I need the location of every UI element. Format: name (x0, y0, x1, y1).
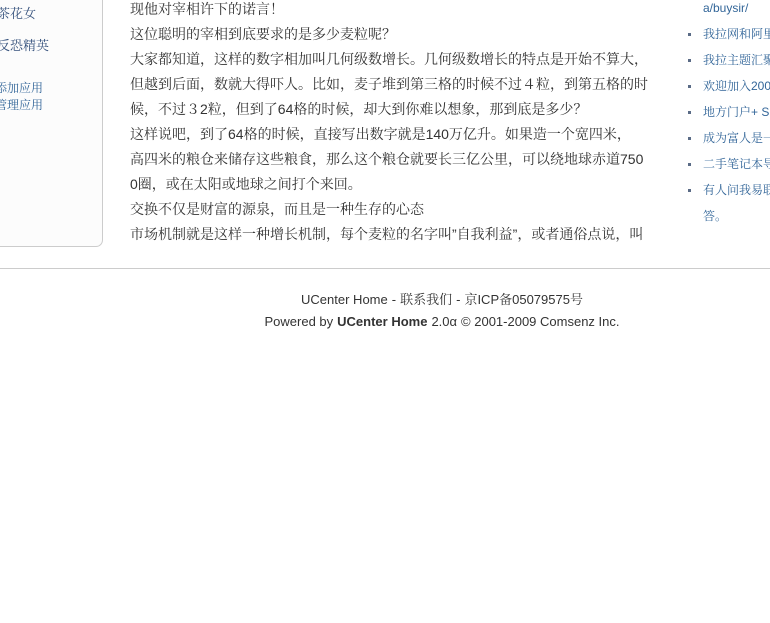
list-item: 成为富人是一 (687, 125, 770, 151)
sidebar-app-link-fankongjingying[interactable]: 反恐精英 (0, 35, 49, 54)
article-line: 现他对宰相许下的诺言！ (130, 0, 670, 22)
right-link[interactable]: 我拉主题汇聚 (703, 53, 770, 67)
footer-divider (0, 268, 770, 269)
list-item: 答。 (687, 203, 770, 229)
footer: UCenter Home-联系我们-京ICP备05079575号 Powered… (112, 291, 770, 330)
article-line: 大家都知道，这样的数字相加叫几何级数增长。几何级数增长的特点是开始不算大， (130, 47, 670, 72)
copyright-text: © 2001-2009 Comsenz Inc. (461, 314, 619, 329)
powered-by-text: Powered by (265, 314, 334, 329)
ucenter-home-brand: UCenter Home (337, 314, 427, 329)
article-line: 市场机制就是这样一种增长机制，每个麦粒的名字叫”自我利益”，或者通俗点说，叫 (130, 222, 670, 242)
footer-icp-number: 京ICP备05079575号 (464, 292, 583, 307)
article-line: 交换不仅是财富的源泉，而且是一种生存的心态 (130, 197, 670, 222)
page: 茶花女 反恐精英 添加应用 管理应用 现他对宰相许下的诺言！ 这位聪明的宰相到底… (0, 0, 770, 623)
article-line: 候，不过３2粒，但到了64格的时候，却大到你难以想象，那到底是多少？ (130, 97, 670, 122)
article-line: 这样说吧，到了64格的时候，直接写出数字就是140万亿升。如果造一个宽四米， (130, 122, 670, 147)
list-item: 我拉主题汇聚 (687, 47, 770, 73)
footer-nav: UCenter Home-联系我们-京ICP备05079575号 (112, 291, 770, 308)
list-item: 有人问我易联 (687, 177, 770, 203)
sidebar-app-link-chahuanv[interactable]: 茶花女 (0, 3, 36, 22)
right-link-wrap[interactable]: 答。 (703, 209, 727, 223)
right-link[interactable]: 地方门户+ S (703, 105, 769, 119)
list-item: 二手笔记本导 (687, 151, 770, 177)
right-link-wrap[interactable]: a/buysir/ (703, 1, 748, 15)
right-link[interactable]: 我拉网和阿里 (703, 27, 770, 41)
right-link[interactable]: 二手笔记本导 (703, 157, 770, 171)
sidebar-manage-app-link[interactable]: 管理应用 (0, 96, 43, 113)
version-text: 2.0α (431, 314, 457, 329)
footer-powered: Powered byUCenter Home2.0α© 2001-2009 Co… (112, 313, 770, 330)
article-line: 高四米的粮仓来储存这些粮食，那么这个粮仓就要长三亿公里，可以绕地球赤道750 (130, 147, 670, 172)
footer-separator: - (456, 292, 460, 307)
right-link[interactable]: 有人问我易联 (703, 183, 770, 197)
article-body: 现他对宰相许下的诺言！ 这位聪明的宰相到底要求的是多少麦粒呢？ 大家都知道，这样… (130, 0, 670, 242)
footer-contact-link[interactable]: 联系我们 (400, 292, 452, 307)
list-item: a/buysir/ (687, 0, 770, 21)
list-item: 地方门户+ S (687, 99, 770, 125)
footer-home-link[interactable]: UCenter Home (301, 292, 388, 307)
article-line: 但越到后面，数就大得吓人。比如，麦子堆到第三格的时候不过４粒，到第五格的时 (130, 72, 670, 97)
article-line: 这位聪明的宰相到底要求的是多少麦粒呢？ (130, 22, 670, 47)
right-link[interactable]: 成为富人是一 (703, 131, 770, 145)
sidebar-right-list: a/buysir/ 我拉网和阿里 我拉主题汇聚 欢迎加入200 地方门户+ S … (687, 0, 770, 229)
right-link[interactable]: 欢迎加入200 (703, 79, 770, 93)
sidebar-add-app-link[interactable]: 添加应用 (0, 79, 43, 96)
list-item: 欢迎加入200 (687, 73, 770, 99)
list-item: 我拉网和阿里 (687, 21, 770, 47)
footer-separator: - (392, 292, 396, 307)
article-line: 0圈，或在太阳或地球之间打个来回。 (130, 172, 670, 197)
